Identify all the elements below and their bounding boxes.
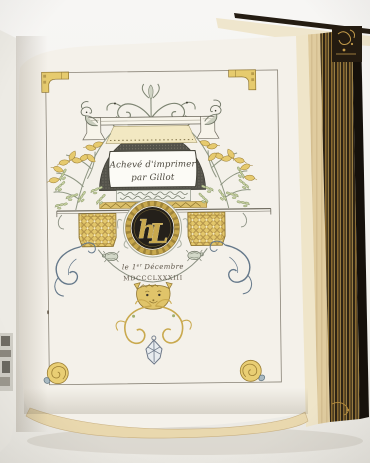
photo-vignette (0, 0, 370, 463)
book-photo: Achevé d'imprimer par Gillot (0, 0, 370, 463)
book-photo-screenshot: Achevé d'imprimer par Gillot (0, 0, 370, 463)
